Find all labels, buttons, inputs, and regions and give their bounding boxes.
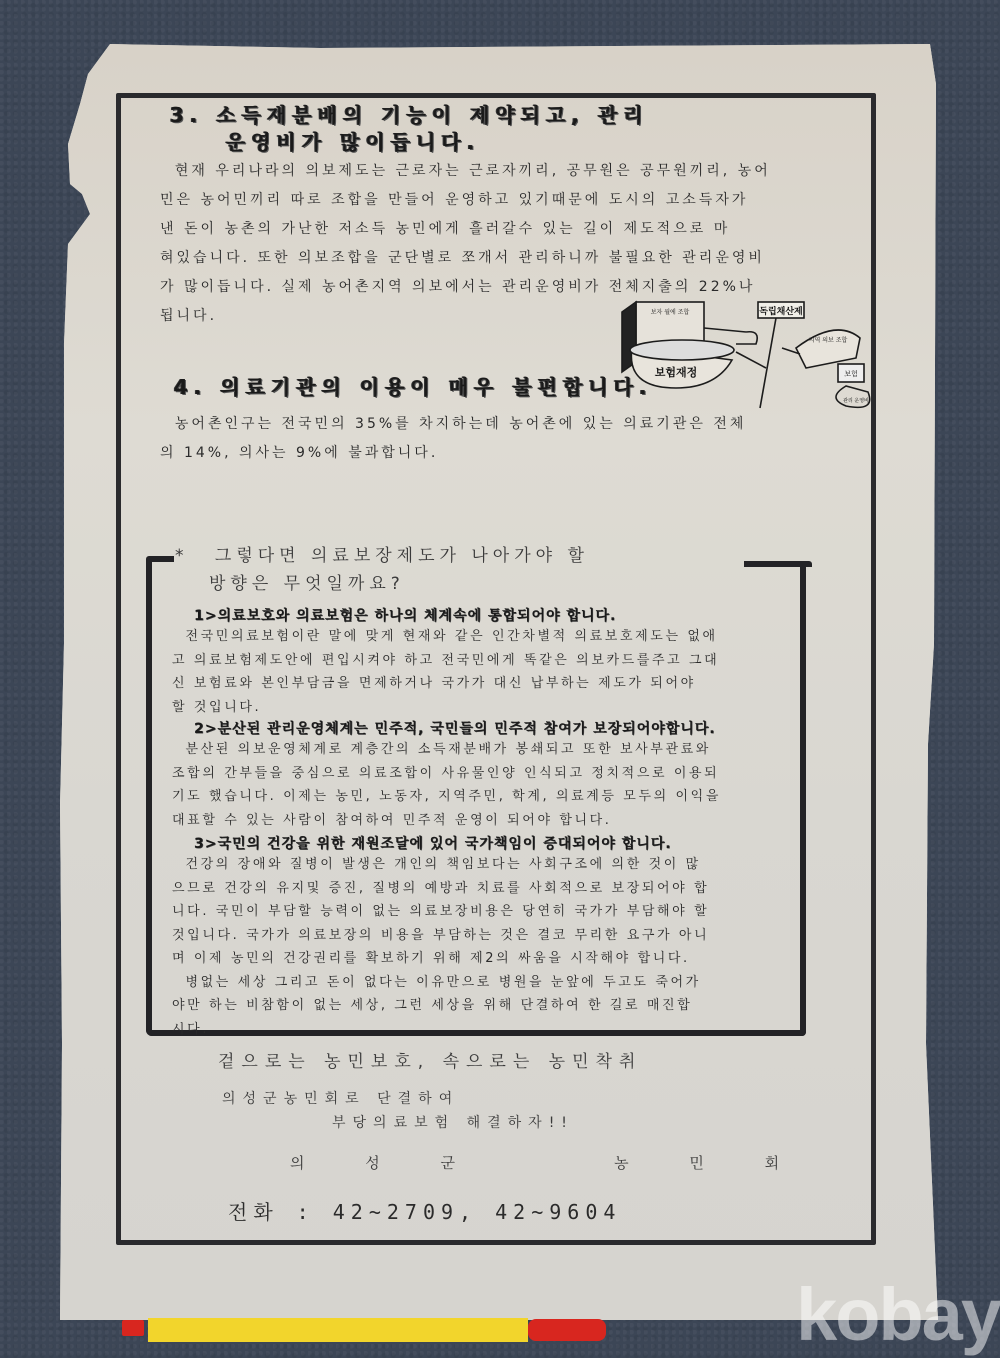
section3-heading-line1: 3. 소득재분배의 기능이 제약되고, 관리 bbox=[170, 100, 649, 130]
box-label: 보험재정 bbox=[654, 365, 698, 379]
pen-icon bbox=[122, 1318, 612, 1342]
body-line: 민은 농어민끼리 따로 조합을 만들어 운영하고 있기때문에 도시의 고소득자가 bbox=[160, 186, 820, 215]
point-heading: 3>국민의 건강을 위한 재원조달에 있어 국가책임이 증대되어야 합니다. bbox=[194, 833, 672, 853]
point-body: 전국민의료보험이란 말에 맞게 현재와 같은 인간차별적 의료보호제도는 없애고… bbox=[172, 625, 719, 719]
body-line: 며 이제 농민의 건강권리를 확보하기 위해 제2의 싸움을 시작해야 합니다. bbox=[172, 947, 709, 971]
point-body: 건강의 장애와 질병이 발생은 개인의 책임보다는 사회구조에 의한 것이 많으… bbox=[172, 853, 709, 1041]
footer-phone: 전화 : 42~2709, 42~9604 bbox=[228, 1196, 621, 1225]
footer-organization: 의 성 군 농 민 회 bbox=[290, 1152, 807, 1173]
footer-slogan: 겉으로는 농민보호, 속으로는 농민착취 bbox=[218, 1047, 642, 1072]
watermark: kobay bbox=[796, 1272, 1000, 1357]
question-line2: 방향은 무엇일까요? bbox=[209, 574, 405, 594]
body-line: 신 보험료와 본인부담금을 면제하거나 국가가 대신 납부하는 제도가 되어야 bbox=[172, 672, 719, 696]
section4-body: 농어촌인구는 전국민의 35%를 차지하는데 농어촌에 있는 의료기관은 전체의… bbox=[160, 410, 820, 468]
body-line: 낸 돈이 농촌의 가난한 저소득 농민에게 흘러갈수 있는 길이 제도적으로 마 bbox=[160, 215, 820, 244]
section4-heading: 4. 의료기관의 이용이 매우 불편합니다. bbox=[174, 372, 653, 402]
body-line: 의 14%, 의사는 9%에 불과합니다. bbox=[160, 439, 820, 468]
puddle-label: 관리 운영비 bbox=[843, 397, 869, 404]
point-heading: 1>의료보호와 의료보험은 하나의 체계속에 통합되어야 합니다. bbox=[194, 605, 616, 625]
body-line: 할 것입니다. bbox=[172, 696, 719, 720]
footer-call-line1: 의성군농민회로 단결하여 bbox=[222, 1088, 459, 1108]
sign-label: 독립채산제 bbox=[759, 305, 802, 317]
body-line: 대표할 수 있는 사람이 참여하여 민주적 운영이 되어야 합니다. bbox=[172, 809, 721, 833]
body-line: 것입니다. 국가가 의료보장의 비용을 부담하는 것은 결코 무리한 요구가 아… bbox=[172, 924, 709, 948]
body-line: 야만 하는 비참함이 없는 세상, 그런 세상을 위해 단결하여 한 길로 매진… bbox=[172, 994, 709, 1018]
body-line: 현재 우리나라의 의보제도는 근로자는 근로자끼리, 공무원은 공무원끼리, 농… bbox=[160, 157, 820, 186]
body-line: 으므로 건강의 유지및 증진, 질병의 예방과 치료를 사회적으로 보장되어야 … bbox=[172, 877, 709, 901]
body-line: 분산된 의보운영체계로 계층간의 소득재분배가 봉쇄되고 또한 보사부관료와 bbox=[172, 738, 721, 762]
helmet-label: 지역 의보 조합 bbox=[809, 336, 848, 344]
section3-heading-line2: 운영비가 많이듭니다. bbox=[226, 127, 480, 157]
body-line: 건강의 장애와 질병이 발생은 개인의 책임보다는 사회구조에 의한 것이 많 bbox=[172, 853, 709, 877]
body-line: 기도 했습니다. 이제는 농민, 노동자, 지역주민, 학계, 의료계등 모두의… bbox=[172, 785, 721, 809]
body-line: 조합의 간부들을 중심으로 의료조합이 사유물인양 인식되고 정치적으로 이용되 bbox=[172, 762, 721, 786]
body-line: 고 의료보험제도안에 편입시켜야 하고 전국민에게 똑같은 의보카드를주고 그대 bbox=[172, 649, 719, 673]
body-line: 혀있습니다. 또한 의보조합을 군단별로 쪼개서 관리하니까 불필요한 관리운영… bbox=[160, 244, 820, 273]
question-heading: * 그렇다면 의료보장제도가 나아가야 할 방향은 무엇일까요? bbox=[175, 542, 589, 598]
question-marker: * bbox=[175, 546, 189, 566]
body-line: 시다. bbox=[172, 1018, 709, 1042]
point-body: 분산된 의보운영체계로 계층간의 소득재분배가 봉쇄되고 또한 보사부관료와조합… bbox=[172, 738, 721, 832]
footer-call-line2: 부당의료보험 해결하자!! bbox=[332, 1112, 574, 1132]
body-line: 전국민의료보험이란 말에 맞게 현재와 같은 인간차별적 의료보호제도는 없애 bbox=[172, 625, 719, 649]
body-line: 니다. 국민이 부담할 능력이 없는 의료보장비용은 당연히 국가가 부담해야 … bbox=[172, 900, 709, 924]
question-line1: 그렇다면 의료보장제도가 나아가야 할 bbox=[215, 546, 589, 566]
point-heading: 2>분산된 관리운영체계는 민주적, 국민들의 민주적 참여가 보장되어야합니다… bbox=[194, 718, 716, 738]
body-line: 병없는 세상 그리고 돈이 없다는 이유만으로 병원을 눈앞에 두고도 죽어가 bbox=[172, 971, 709, 995]
pot-label: 보험 bbox=[844, 369, 858, 378]
body-line: 농어촌인구는 전국민의 35%를 차지하는데 농어촌에 있는 의료기관은 전체 bbox=[160, 410, 820, 439]
lid-label: 보자 월에 조합 bbox=[651, 308, 690, 316]
